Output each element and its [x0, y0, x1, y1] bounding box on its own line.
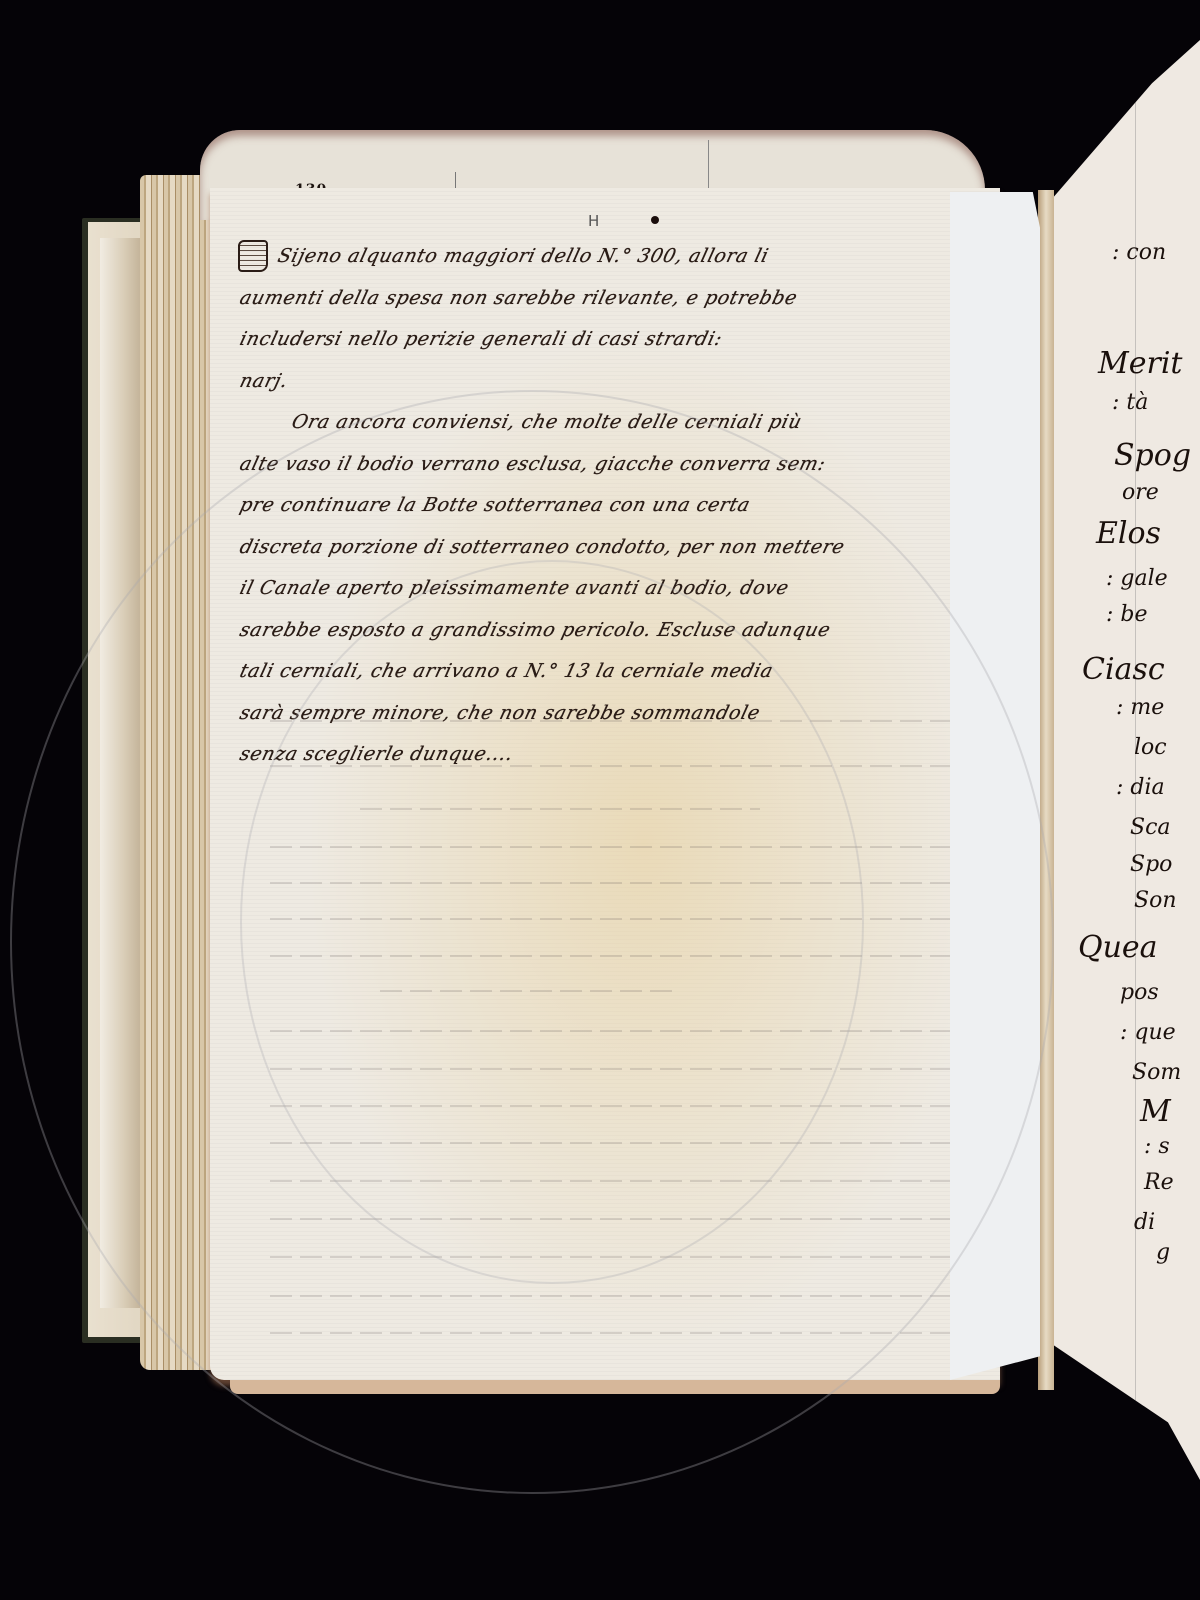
- right-facing-page: : con Merit : tà Spog ore Elos : gale : …: [1040, 40, 1200, 1480]
- right-page-fragment: Spog: [1114, 438, 1191, 473]
- right-page-fragment: Re: [1144, 1170, 1174, 1195]
- text-line: includersi nello perizie generali di cas…: [235, 319, 985, 361]
- right-page-fragment: : dia: [1116, 775, 1165, 800]
- ink-blot: [651, 216, 659, 224]
- margin-line: [708, 140, 709, 195]
- right-page-fragment: pos: [1120, 980, 1159, 1005]
- header-mark: H: [588, 212, 599, 230]
- right-page-fragment: Elos: [1096, 516, 1161, 551]
- right-page-fragment: : s: [1144, 1134, 1170, 1159]
- right-page-fragment: g: [1156, 1240, 1170, 1265]
- right-page-fragment: Quea: [1078, 930, 1158, 965]
- right-page-fragment: Sca: [1130, 815, 1171, 840]
- book-gutter: [1038, 190, 1054, 1390]
- right-page-fragment: : tà: [1112, 390, 1148, 415]
- right-page-fragment: M: [1140, 1094, 1171, 1129]
- right-page-fragment: Son: [1134, 888, 1177, 913]
- right-page-fragment: Som: [1132, 1060, 1181, 1085]
- right-page-fragment: : con: [1112, 240, 1166, 265]
- right-page-fragment: : me: [1116, 695, 1164, 720]
- right-page-fragment: loc: [1134, 735, 1167, 760]
- text-line: Sijeno alquanto maggiori dello N.° 300, …: [235, 236, 985, 278]
- right-page-fragment: : gale: [1106, 566, 1168, 591]
- right-page-fragment: Merit: [1098, 346, 1182, 381]
- right-page-fragment: : que: [1120, 1020, 1176, 1045]
- text-line: aumenti della spesa non sarebbe rilevant…: [235, 278, 985, 320]
- right-page-fragment: di: [1134, 1210, 1155, 1235]
- right-page-fragment: : be: [1106, 602, 1148, 627]
- right-page-fragment: Spo: [1130, 852, 1172, 877]
- right-page-fragment: Ciasc: [1082, 652, 1165, 687]
- right-page-fragment: ore: [1122, 480, 1159, 505]
- watermark-circle-inner: [240, 560, 864, 1284]
